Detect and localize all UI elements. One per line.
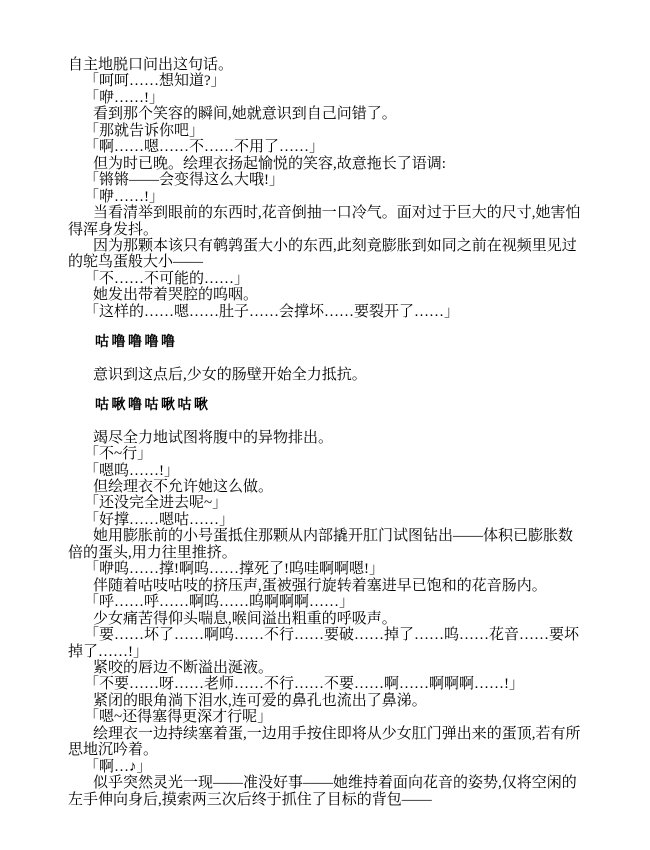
text-paragraph: 但为时已晚。绘理衣扬起愉悦的笑容,故意拖长了语调: — [68, 156, 586, 172]
text-paragraph: 「好撑……嗯咕……」 — [68, 512, 586, 528]
text-paragraph: 「呵呵……想知道?」 — [68, 73, 586, 89]
text-paragraph: 「咿……!」 — [68, 90, 586, 106]
text-body: 自主地脱口问出这句话。「呵呵……想知道?」「咿……!」看到那个笑容的瞬间,她就意… — [68, 57, 586, 808]
text-paragraph: 因为那颗本该只有鹌鹑蛋大小的东西,此刻竟膨胀到如同之前在视频里见过的鸵鸟蛋般大小… — [68, 238, 586, 271]
text-paragraph: 「嗯呜……!」 — [68, 463, 586, 479]
text-paragraph: 绘理衣一边持续塞着蛋,一边用手按住即将从少女肛门弹出来的蛋顶,若有所思地沉吟着。 — [68, 726, 586, 759]
text-paragraph: 「还没完全进去呢~」 — [68, 495, 586, 511]
text-paragraph: 她用膨胀前的小号蛋抵住那颗从内部撬开肛门试图钻出——体积已膨胀数倍的蛋头,用力往… — [68, 528, 586, 561]
text-paragraph: 「咿……!」 — [68, 189, 586, 205]
ebook-page: 自主地脱口问出这句话。「呵呵……想知道?」「咿……!」看到那个笑容的瞬间,她就意… — [0, 0, 650, 850]
text-paragraph: 紧咬的唇边不断溢出涎液。 — [68, 660, 586, 676]
text-paragraph: 「锵锵——会变得这么大哦!」 — [68, 172, 586, 188]
text-paragraph: 紧闭的眼角淌下泪水,连可爱的鼻孔也流出了鼻涕。 — [68, 693, 586, 709]
text-paragraph: 「不~行」 — [68, 446, 586, 462]
sfx-line: 咕啾噜咕啾咕啾 — [68, 397, 586, 413]
text-paragraph: 少女痛苦得仰头喘息,喉间溢出粗重的呼吸声。 — [68, 611, 586, 627]
text-paragraph: 但绘理衣不允许她这么做。 — [68, 479, 586, 495]
sfx-line: 咕噜噜噜噜 — [68, 334, 586, 350]
text-paragraph: 「要……坏了……啊呜……不行……要破……掉了……呜……花音……要坏掉了……!」 — [68, 627, 586, 660]
text-paragraph: 似乎突然灵光一现——准没好事——她维持着面向花音的姿势,仅将空闲的左手伸向身后,… — [68, 775, 586, 808]
text-paragraph: 「咿呜……撑!啊呜……撑死了!呜哇啊啊嗯!」 — [68, 561, 586, 577]
text-paragraph: 「嗯~还得塞得更深才行呢」 — [68, 709, 586, 725]
text-paragraph: 竭尽全力地试图将腹中的异物排出。 — [68, 430, 586, 446]
text-paragraph: 「啊……嗯……不……不用了……」 — [68, 139, 586, 155]
text-paragraph: 意识到这点后,少女的肠壁开始全力抵抗。 — [68, 367, 586, 383]
text-paragraph: 自主地脱口问出这句话。 — [68, 57, 586, 73]
text-paragraph: 「不……不可能的……」 — [68, 271, 586, 287]
text-paragraph: 「啊…♪」 — [68, 759, 586, 775]
text-paragraph: 「这样的……嗯……肚子……会撑坏……要裂开了……」 — [68, 304, 586, 320]
text-paragraph: 她发出带着哭腔的呜咽。 — [68, 287, 586, 303]
text-paragraph: 「不要……呀……老师……不行……不要……啊……啊啊啊……!」 — [68, 676, 586, 692]
text-paragraph: 伴随着咕吱咕吱的挤压声,蛋被强行旋转着塞进早已饱和的花音肠内。 — [68, 578, 586, 594]
text-paragraph: 「呼……呼……啊呜……呜啊啊啊……」 — [68, 594, 586, 610]
text-paragraph: 「那就告诉你吧」 — [68, 123, 586, 139]
text-paragraph: 看到那个笑容的瞬间,她就意识到自己问错了。 — [68, 106, 586, 122]
text-paragraph: 当看清举到眼前的东西时,花音倒抽一口冷气。面对过于巨大的尺寸,她害怕得浑身发抖。 — [68, 205, 586, 238]
